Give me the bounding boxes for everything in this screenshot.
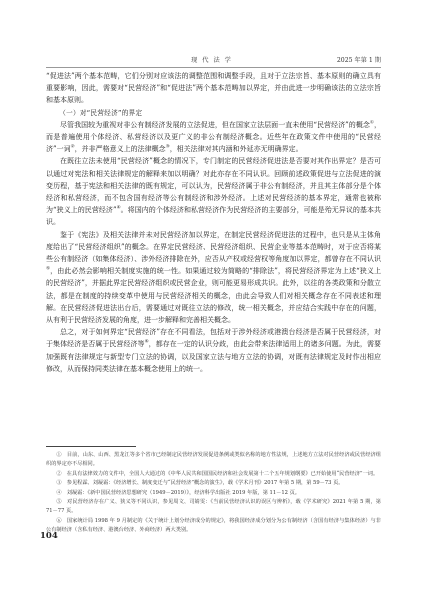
footnote-ref[interactable]: ① [370,120,374,125]
section-title: （一）对“民营经济”的界定 [46,107,381,119]
page-number: 104 [40,531,58,541]
footnote-ref[interactable]: ⑥ [145,340,149,345]
footnote: ③ 参见程霖、刘凝霜：《经济增长、制度变迁与“民营经济”概念的演生》，载《学术月… [46,479,381,488]
footnote: ④ 刘凝霜：《新中国民营经济思想研究（1949－2019）》，经济科学出版社 2… [46,489,381,498]
footnote-rule [46,446,136,447]
footnote-ref[interactable]: ② [71,145,75,150]
article-body: “促进法”两个基本范畴，它们分别对应该法的调整范围和调整手段，且对于立法宗旨、基… [46,70,381,375]
running-header: 现代法学 2025 年第 1 期 [46,54,381,66]
paragraph-list: 尽管我国较为重视对非公有制经济发展的立法促进，但在国家立法层面一直未使用“民营经… [46,119,381,375]
footnote: ① 目前，山东、山西、黑龙江等多个省市已经制定民营经济发展促进条例或类似名称的地… [46,451,381,470]
footnote-text: 对民营经济存在广义、狭义等不同认识，参见周文、司婧雯：《当前民营经济认识的误区与… [46,499,381,514]
footnote: ⑤ 对民营经济存在广义、狭义等不同认识，参见周文、司婧雯：《当前民营经济认识的误… [46,498,381,517]
footnote-ref[interactable]: ④ [117,206,121,211]
footnote-text: 刘凝霜：《新中国民营经济思想研究（1949－2019）》，经济科学出版社 201… [67,490,300,496]
header-rule [46,67,381,68]
footnote-text: 在具有法律效力的文件中，全国人大通过的《中华人民共和国国民经济和社会发展第十二个… [67,471,378,477]
footnote-mark: ③ [56,480,66,486]
journal-name: 现代法学 [46,55,381,64]
footnote-ref[interactable]: ⑤ [46,267,50,272]
footnote-text: 目前，山东、山西、黑龙江等多个省市已经制定民营经济发展促进条例或类似名称的地方性… [46,452,381,467]
footnote: ② 在具有法律效力的文件中，全国人大通过的《中华人民共和国国民经济和社会发展第十… [46,470,381,479]
footnote-list: ① 目前，山东、山西、黑龙江等多个省市已经制定民营经济发展促进条例或类似名称的地… [46,451,381,536]
intro-paragraph: “促进法”两个基本范畴，它们分别对应该法的调整范围和调整手段，且对于立法宗旨、基… [46,70,381,107]
footnote-mark: ① [56,452,66,458]
footnote-ref[interactable]: ③ [166,145,170,150]
body-paragraph: 尽管我国较为重视对非公有制经济发展的立法促进，但在国家立法层面一直未使用“民营经… [46,119,381,156]
footnote-text: 国家统计局 1998 年 9 月制定的《关于统计上划分经济成分的规定》，将我国经… [46,518,381,533]
footnote-text: 参见程霖、刘凝霜：《经济增长、制度变迁与“民营经济”概念的演生》，载《学术月刊》… [67,480,344,486]
issue-label: 2025 年第 1 期 [337,55,381,64]
footnote-mark: ④ [56,490,66,496]
footnote-mark: ② [56,471,66,477]
body-paragraph: 鉴于《宪法》及相关法律并未对民营经济加以界定，在制定民营经济促进法的过程中，也只… [46,229,381,327]
footnote-mark: ⑤ [56,499,67,505]
body-paragraph: 总之，对于如何界定“民营经济”存在不同看法，包括对于涉外经济或港澳台经济是否属于… [46,326,381,375]
footnote: ⑥ 国家统计局 1998 年 9 月制定的《关于统计上划分经济成分的规定》，将我… [46,517,381,536]
body-paragraph: 在既往立法未使用“民营经济”概念的情况下，专门制定的民营经济促进法是否要对其作出… [46,155,381,228]
footnote-mark: ⑥ [56,518,66,524]
